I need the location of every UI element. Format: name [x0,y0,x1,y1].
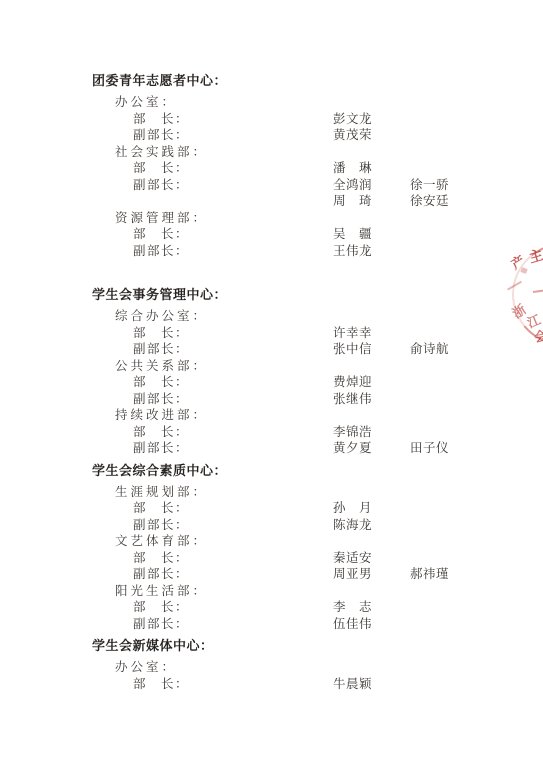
position-label: 部 长： [133,325,333,342]
person-name: 李 志 [333,599,410,616]
position-row: 部 长：费焯迎 [0,374,543,391]
position-label: 副部长： [133,243,333,260]
position-label [133,193,333,210]
position-label: 副部长： [133,440,333,457]
person-name [410,676,543,693]
position-row: 部 长：李 志 [0,599,543,616]
roster-section: 学生会新媒体中心：办公室：部 长：牛晨颖 [0,637,543,692]
position-row: 副部长：黄茂荣 [0,127,543,144]
department-name: 公共关系部： [0,358,543,375]
position-label: 部 长： [133,500,333,517]
position-label: 副部长： [133,341,333,358]
position-row: 副部长：陈海龙 [0,517,543,534]
person-name: 黄茂荣 [333,127,410,144]
person-name: 田子仪 [410,440,543,457]
position-row: 副部长：全鸿润徐一骄 [0,177,543,194]
person-name: 俞诗航 [410,341,543,358]
position-row: 部 长：牛晨颖 [0,676,543,693]
position-label: 部 长： [133,599,333,616]
position-row: 部 长：秦适安 [0,550,543,567]
person-name: 徐安廷 [410,193,543,210]
person-name: 伍佳伟 [333,616,410,633]
position-label: 部 长： [133,424,333,441]
position-row: 部 长：许幸幸 [0,325,543,342]
person-name: 王伟龙 [333,243,410,260]
person-name: 张中信 [333,341,410,358]
position-row: 副部长：张中信俞诗航 [0,341,543,358]
section-title: 学生会新媒体中心： [92,637,543,654]
section-title: 学生会事务管理中心： [92,286,543,303]
roster-section: 学生会事务管理中心：综合办公室：部 长：许幸幸副部长：张中信俞诗航公共关系部：部… [0,286,543,457]
person-name [410,243,543,260]
position-row: 副部长：伍佳伟 [0,616,543,633]
position-row: 部 长：李锦浩 [0,424,543,441]
department-name: 阳光生活部： [0,583,543,600]
section-title: 团委青年志愿者中心： [92,72,543,89]
person-name: 李锦浩 [333,424,410,441]
person-name [410,550,543,567]
department-name: 社会实践部： [0,144,543,161]
person-name [410,616,543,633]
document-page: 团委青年志愿者中心：办公室：部 长：彭文龙副部长：黄茂荣社会实践部：部 长：潘 … [0,0,543,768]
person-name: 潘 琳 [333,160,410,177]
position-row: 部 长：潘 琳 [0,160,543,177]
person-name: 费焯迎 [333,374,410,391]
position-label: 部 长： [133,160,333,177]
department-name: 资源管理部： [0,210,543,227]
position-label: 副部长： [133,177,333,194]
position-row: 副部长：王伟龙 [0,243,543,260]
position-row: 部 长：彭文龙 [0,111,543,128]
position-label: 部 长： [133,111,333,128]
position-row: 部 长：吴 疆 [0,226,543,243]
person-name [410,517,543,534]
person-name [410,500,543,517]
person-name: 吴 疆 [333,226,410,243]
position-row: 周 琦徐安廷 [0,193,543,210]
person-name: 郝祎瑾 [410,566,543,583]
position-label: 部 长： [133,374,333,391]
position-label: 副部长： [133,517,333,534]
department-name: 办公室： [0,94,543,111]
person-name [410,127,543,144]
position-row: 副部长：张继伟 [0,391,543,408]
position-label: 副部长： [133,566,333,583]
department-name: 生涯规划部： [0,484,543,501]
department-name: 文艺体育部： [0,533,543,550]
position-label: 副部长： [133,127,333,144]
person-name: 秦适安 [333,550,410,567]
person-name [410,111,543,128]
person-name: 陈海龙 [333,517,410,534]
person-name: 张继伟 [333,391,410,408]
person-name: 黄夕夏 [333,440,410,457]
department-name: 办公室： [0,659,543,676]
person-name: 彭文龙 [333,111,410,128]
roster-section: 团委青年志愿者中心：办公室：部 长：彭文龙副部长：黄茂荣社会实践部：部 长：潘 … [0,72,543,259]
position-label: 部 长： [133,226,333,243]
person-name: 周 琦 [333,193,410,210]
person-name: 牛晨颖 [333,676,410,693]
person-name [410,226,543,243]
person-name [410,424,543,441]
position-label: 副部长： [133,391,333,408]
person-name [410,325,543,342]
position-row: 副部长：黄夕夏田子仪 [0,440,543,457]
roster-content: 团委青年志愿者中心：办公室：部 长：彭文龙副部长：黄茂荣社会实践部：部 长：潘 … [0,72,543,692]
person-name [410,391,543,408]
position-row: 部 长：孙 月 [0,500,543,517]
section-title: 学生会综合素质中心： [92,462,543,479]
person-name: 孙 月 [333,500,410,517]
position-label: 副部长： [133,616,333,633]
position-label: 部 长： [133,550,333,567]
position-label: 部 长： [133,676,333,693]
person-name [410,160,543,177]
department-name: 持续改进部： [0,407,543,424]
roster-section: 学生会综合素质中心：生涯规划部：部 长：孙 月副部长：陈海龙文艺体育部：部 长：… [0,462,543,633]
person-name: 全鸿润 [333,177,410,194]
person-name: 许幸幸 [333,325,410,342]
person-name [410,374,543,391]
person-name [410,599,543,616]
department-name: 综合办公室： [0,308,543,325]
position-row: 副部长：周亚男郝祎瑾 [0,566,543,583]
person-name: 周亚男 [333,566,410,583]
person-name: 徐一骄 [410,177,543,194]
